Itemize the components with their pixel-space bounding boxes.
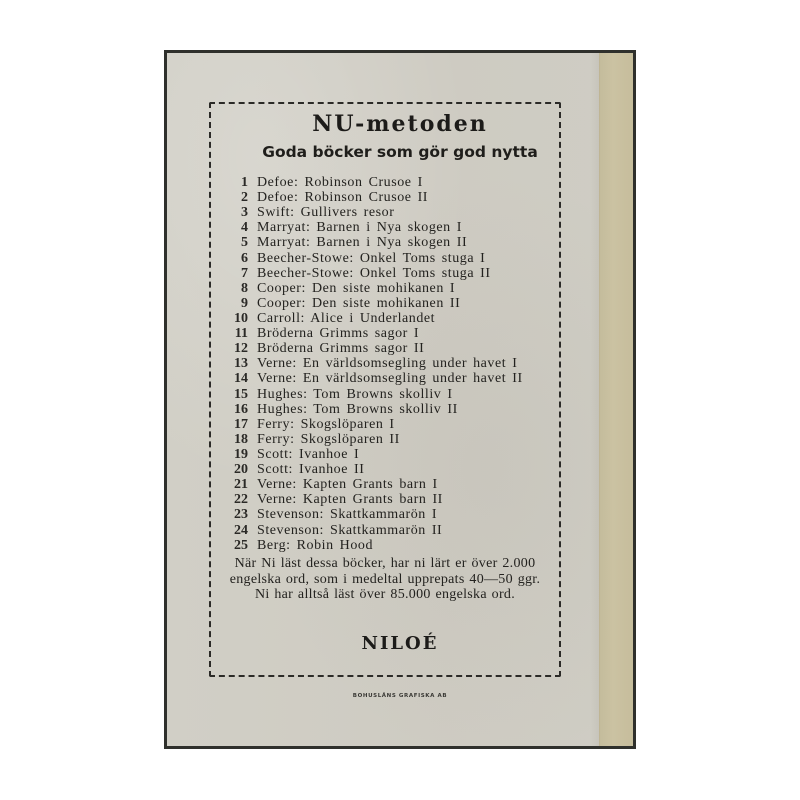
item-title: Hughes: Tom Browns skolliv I: [248, 387, 453, 402]
list-item: 6Beecher-Stowe: Onkel Toms stuga I: [227, 251, 523, 266]
series-title: NU-metoden: [167, 111, 633, 137]
item-number: 3: [227, 205, 248, 220]
item-number: 25: [227, 538, 248, 553]
item-title: Verne: Kapten Grants barn I: [248, 477, 438, 492]
item-title: Marryat: Barnen i Nya skogen I: [248, 220, 462, 235]
summary-line: När Ni läst dessa böcker, har ni lärt er…: [209, 556, 561, 572]
list-item: 19Scott: Ivanhoe I: [227, 447, 523, 462]
list-item: 24Stevenson: Skattkammarön II: [227, 523, 523, 538]
item-title: Berg: Robin Hood: [248, 538, 373, 553]
item-number: 21: [227, 477, 248, 492]
list-item: 11Bröderna Grimms sagor I: [227, 326, 523, 341]
list-item: 25Berg: Robin Hood: [227, 538, 523, 553]
scene: NU-metoden Goda böcker som gör god nytta…: [0, 0, 800, 800]
list-item: 2Defoe: Robinson Crusoe II: [227, 190, 523, 205]
item-title: Cooper: Den siste mohikanen I: [248, 281, 455, 296]
item-title: Hughes: Tom Browns skolliv II: [248, 402, 458, 417]
item-number: 16: [227, 402, 248, 417]
series-subtitle: Goda böcker som gör god nytta: [167, 143, 633, 161]
summary-line: engelska ord, som i medeltal upprepats 4…: [209, 572, 561, 588]
list-item: 1Defoe: Robinson Crusoe I: [227, 175, 523, 190]
item-number: 8: [227, 281, 248, 296]
item-number: 14: [227, 371, 248, 386]
book-back-cover: NU-metoden Goda böcker som gör god nytta…: [164, 50, 636, 749]
item-title: Scott: Ivanhoe I: [248, 447, 359, 462]
summary-line: Ni har alltså läst över 85.000 engelska …: [209, 587, 561, 603]
list-item: 21Verne: Kapten Grants barn I: [227, 477, 523, 492]
list-item: 20Scott: Ivanhoe II: [227, 462, 523, 477]
item-number: 24: [227, 523, 248, 538]
item-title: Scott: Ivanhoe II: [248, 462, 364, 477]
item-title: Cooper: Den siste mohikanen II: [248, 296, 460, 311]
item-number: 5: [227, 235, 248, 250]
list-item: 8Cooper: Den siste mohikanen I: [227, 281, 523, 296]
list-item: 18Ferry: Skogslöparen II: [227, 432, 523, 447]
item-title: Verne: En världsomsegling under havet I: [248, 356, 517, 371]
list-item: 13Verne: En världsomsegling under havet …: [227, 356, 523, 371]
item-number: 9: [227, 296, 248, 311]
item-title: Carroll: Alice i Underlandet: [248, 311, 435, 326]
item-title: Beecher-Stowe: Onkel Toms stuga II: [248, 266, 491, 281]
item-number: 2: [227, 190, 248, 205]
item-number: 18: [227, 432, 248, 447]
item-title: Beecher-Stowe: Onkel Toms stuga I: [248, 251, 485, 266]
list-item: 4Marryat: Barnen i Nya skogen I: [227, 220, 523, 235]
list-item: 10Carroll: Alice i Underlandet: [227, 311, 523, 326]
item-title: Defoe: Robinson Crusoe I: [248, 175, 423, 190]
item-title: Defoe: Robinson Crusoe II: [248, 190, 428, 205]
item-number: 13: [227, 356, 248, 371]
item-number: 10: [227, 311, 248, 326]
item-number: 6: [227, 251, 248, 266]
printer-imprint: BOHUSLÄNS GRAFISKA AB: [167, 693, 633, 699]
list-item: 15Hughes: Tom Browns skolliv I: [227, 387, 523, 402]
item-title: Ferry: Skogslöparen I: [248, 417, 395, 432]
item-title: Verne: Kapten Grants barn II: [248, 492, 443, 507]
item-title: Stevenson: Skattkammarön I: [248, 507, 437, 522]
summary-text: När Ni läst dessa böcker, har ni lärt er…: [209, 556, 561, 603]
item-title: Verne: En världsomsegling under havet II: [248, 371, 523, 386]
item-title: Swift: Gullivers resor: [248, 205, 394, 220]
item-number: 12: [227, 341, 248, 356]
list-item: 23Stevenson: Skattkammarön I: [227, 507, 523, 522]
list-item: 16Hughes: Tom Browns skolliv II: [227, 402, 523, 417]
item-number: 15: [227, 387, 248, 402]
publisher-logo: NILOÉ: [167, 633, 633, 654]
list-item: 3Swift: Gullivers resor: [227, 205, 523, 220]
list-item: 7Beecher-Stowe: Onkel Toms stuga II: [227, 266, 523, 281]
item-title: Stevenson: Skattkammarön II: [248, 523, 442, 538]
list-item: 12Bröderna Grimms sagor II: [227, 341, 523, 356]
item-title: Bröderna Grimms sagor II: [248, 341, 424, 356]
item-number: 7: [227, 266, 248, 281]
item-number: 20: [227, 462, 248, 477]
item-number: 4: [227, 220, 248, 235]
item-number: 1: [227, 175, 248, 190]
list-item: 17Ferry: Skogslöparen I: [227, 417, 523, 432]
list-item: 22Verne: Kapten Grants barn II: [227, 492, 523, 507]
item-number: 19: [227, 447, 248, 462]
item-title: Ferry: Skogslöparen II: [248, 432, 400, 447]
item-number: 23: [227, 507, 248, 522]
item-number: 22: [227, 492, 248, 507]
list-item: 9Cooper: Den siste mohikanen II: [227, 296, 523, 311]
list-item: 14Verne: En världsomsegling under havet …: [227, 371, 523, 386]
list-item: 5Marryat: Barnen i Nya skogen II: [227, 235, 523, 250]
item-number: 17: [227, 417, 248, 432]
item-title: Marryat: Barnen i Nya skogen II: [248, 235, 467, 250]
item-number: 11: [227, 326, 248, 341]
book-list: 1Defoe: Robinson Crusoe I 2Defoe: Robins…: [227, 175, 523, 553]
item-title: Bröderna Grimms sagor I: [248, 326, 419, 341]
